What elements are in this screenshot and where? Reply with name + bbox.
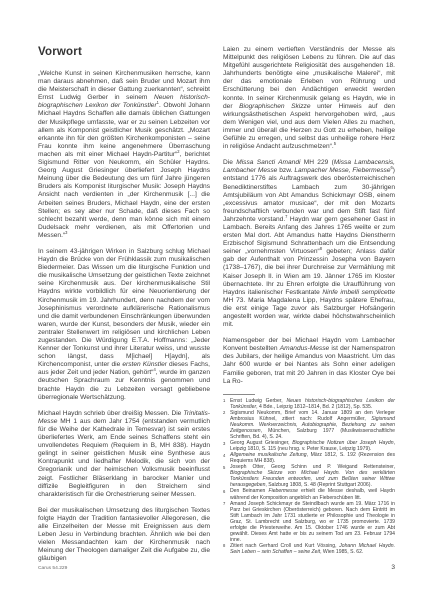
footnote-number: 7: [223, 501, 230, 543]
footnote: 5 Joseph Otter, Georg Schinn und P. Weig…: [223, 464, 395, 488]
footnote: 2 Sigismund Neukomm, Brief vom 14. Janua…: [223, 410, 395, 440]
paragraph: Michael Haydn schrieb über dreißig Messe…: [38, 410, 210, 499]
footnote-text: Georg August Griesinger, Biographische N…: [230, 440, 395, 452]
footnote-number: 3: [223, 440, 230, 452]
page-footer: Carus 54.229 3: [38, 564, 395, 571]
footnote: 3 Georg August Griesinger, Biographische…: [223, 440, 395, 452]
right-column: Laien zu einem vertieften Verständnis de…: [223, 46, 395, 563]
document-page: Vorwort „Welche Kunst in seinen Kirchenm…: [0, 0, 433, 600]
footnotes-section: 1 Ernst Ludwig Gerber, Neues historisch-…: [223, 394, 395, 555]
footnote-text: Den Beinamen Fiebermesse erhielt die Mes…: [230, 488, 395, 500]
paragraph: In seinem 43-jährigen Wirken in Salzburg…: [38, 248, 210, 402]
footnote-number: 1: [223, 398, 230, 410]
left-column: Vorwort „Welche Kunst in seinen Kirchenm…: [38, 46, 210, 563]
footnote-text: Amand Joseph Schickmayr de Steindlbach w…: [230, 501, 395, 543]
footnote-text: Ernst Ludwig Gerber, Neues historisch-bi…: [230, 398, 395, 410]
footnote: 7 Amand Joseph Schickmayr de Steindlbach…: [223, 501, 395, 543]
footnote-text: Allgemeine musikalische Zeitung, März 18…: [230, 452, 395, 464]
paragraph: Namensgeber der bei Michael Haydn vom La…: [223, 337, 395, 386]
footnote-number: 5: [223, 464, 230, 488]
footnote-text: Sigismund Neukomm, Brief vom 14. Januar …: [230, 410, 395, 440]
edition-number: Carus 54.229: [38, 566, 67, 571]
page-content: Vorwort „Welche Kunst in seinen Kirchenm…: [38, 46, 395, 563]
paragraph: Bei der musikalischen Umsetzung des litu…: [38, 507, 210, 564]
footnote-text: Joseph Otter, Georg Schinn und P. Weigan…: [230, 464, 395, 488]
footnote: 4 Allgemeine musikalische Zeitung, März …: [223, 452, 395, 464]
footnote: 6 Den Beinamen Fiebermesse erhielt die M…: [223, 488, 395, 500]
page-number: 3: [391, 564, 395, 571]
footnote: 1 Ernst Ludwig Gerber, Neues historisch-…: [223, 398, 395, 410]
footnote-number: 8: [223, 543, 230, 555]
footnote-divider: [223, 394, 255, 395]
footnote-number: 4: [223, 452, 230, 464]
footnote-number: 6: [223, 488, 230, 500]
paragraph: „Welche Kunst in seinen Kirchenmusiken h…: [38, 70, 210, 240]
paragraph: Die Missa Sancti Amandi MH 229 (Missa La…: [223, 159, 395, 329]
footnote: 8 Zitiert nach Gerhard Croll und Kurt Vö…: [223, 543, 395, 555]
footnote-text: Zitiert nach Gerhard Croll und Kurt Vöss…: [230, 543, 395, 555]
footnote-number: 2: [223, 410, 230, 440]
paragraph: Laien zu einem vertieften Verständnis de…: [223, 46, 395, 151]
page-title: Vorwort: [38, 46, 210, 58]
